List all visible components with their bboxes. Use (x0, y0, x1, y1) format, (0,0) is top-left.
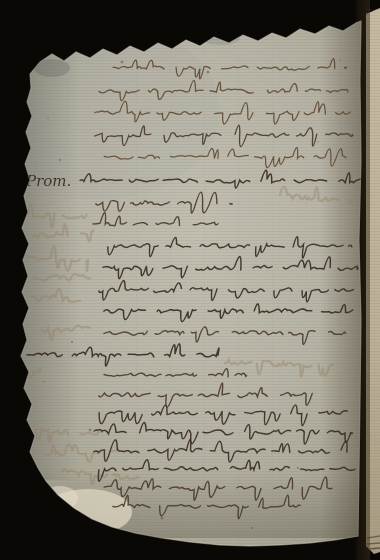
ink-speck (71, 341, 73, 343)
ink-speck (59, 159, 61, 161)
transcribed-word: Prom. (25, 172, 71, 190)
ink-speck (297, 467, 299, 469)
ink-speck (317, 141, 318, 142)
ink-speck (251, 527, 253, 529)
manuscript-photo-svg: Prom. (0, 0, 380, 560)
manuscript-photo: Prom. (0, 0, 380, 560)
ink-speck (121, 61, 124, 64)
ink-speck (89, 429, 92, 432)
ink-speck (43, 381, 44, 382)
gutter-side-shading (320, 18, 362, 542)
ink-speck (47, 117, 48, 118)
ink-speck (207, 71, 210, 74)
ink-speck (161, 517, 164, 520)
adjacent-page-edge (366, 8, 380, 554)
ink-speck (339, 59, 340, 60)
